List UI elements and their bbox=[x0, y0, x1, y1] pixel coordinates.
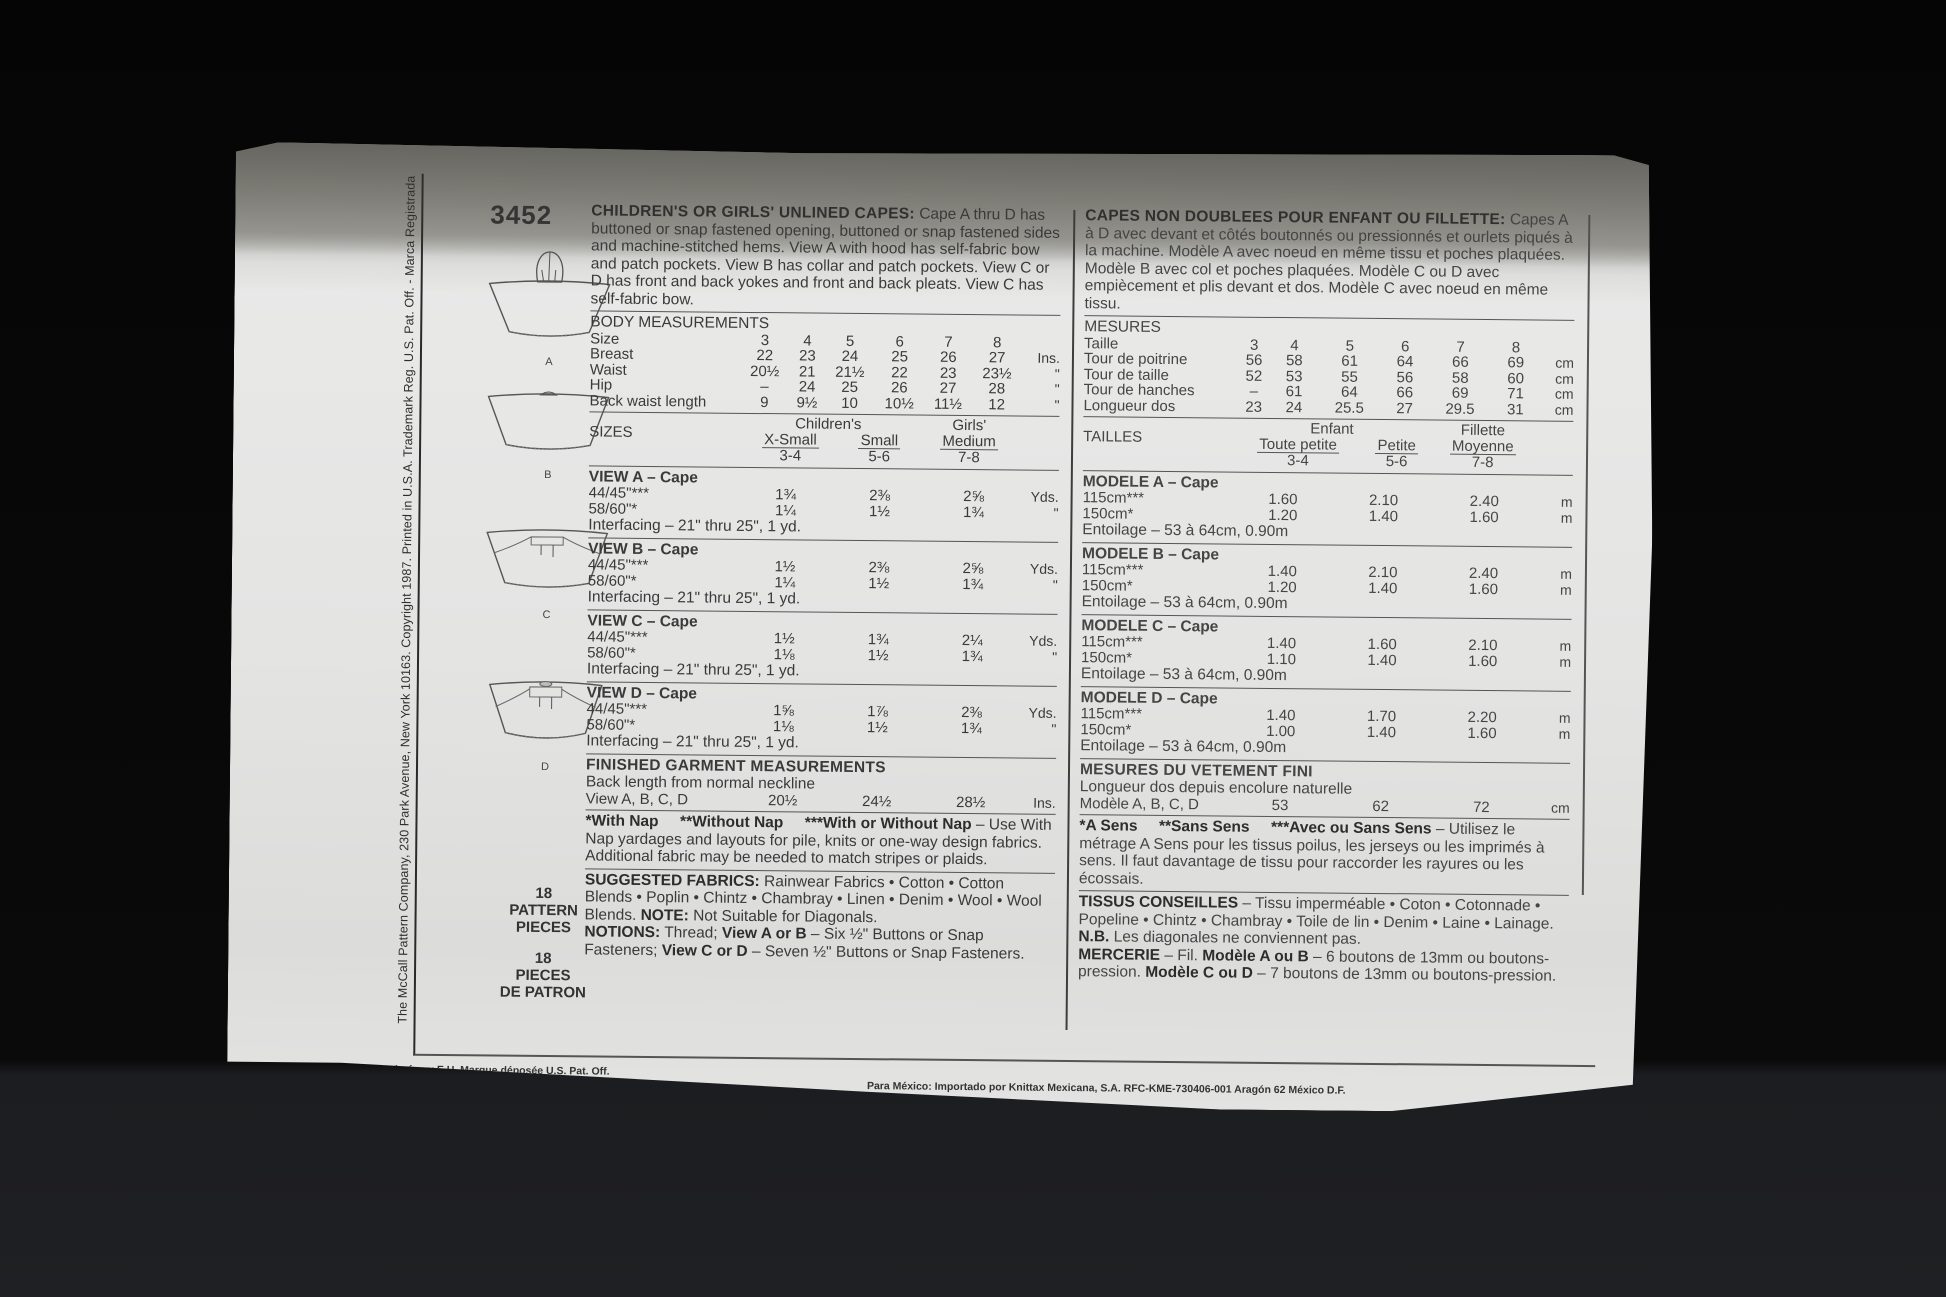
measurement-value: 22 bbox=[740, 348, 790, 364]
yardage-unit: Yds. bbox=[1021, 490, 1059, 506]
measurement-value: – bbox=[1234, 384, 1274, 400]
measurement-value: 53 bbox=[1274, 368, 1314, 384]
finished-value: 20½ bbox=[736, 792, 830, 808]
finished-row: View A, B, C, D20½24½28½Ins. bbox=[586, 791, 1056, 811]
finished-value: 53 bbox=[1230, 797, 1331, 813]
size-name: Medium bbox=[940, 433, 998, 450]
finished-measurements: FINISHED GARMENT MEASUREMENTSBack length… bbox=[586, 756, 1056, 811]
fabric-width: 58/60"* bbox=[588, 501, 738, 518]
french-column: CAPES NON DOUBLEES POUR ENFANT OU FILLET… bbox=[1078, 207, 1575, 985]
yardage-value: 2.10 bbox=[1432, 638, 1533, 654]
measurement-unit: " bbox=[1022, 366, 1060, 382]
fabric-width: 150cm* bbox=[1082, 506, 1232, 523]
yardage-value: 1.00 bbox=[1230, 723, 1331, 739]
yardage-unit: Yds. bbox=[1018, 706, 1056, 722]
finished-table: Modèle A, B, C, D536272cm bbox=[1080, 796, 1570, 816]
measurement-value: 61 bbox=[1314, 353, 1385, 369]
measurement-value: 61 bbox=[1274, 384, 1314, 400]
yardage-section: VIEW B – Cape44/45"***1½2⅜2⅝Yds.58/60"*1… bbox=[588, 540, 1059, 611]
yardage-unit: m bbox=[1532, 710, 1570, 726]
english-column: CHILDREN'S OR GIRLS' UNLINED CAPES: Cape… bbox=[584, 202, 1061, 962]
measurement-unit: cm bbox=[1535, 402, 1573, 418]
spacer bbox=[1535, 423, 1573, 439]
size-group-row: SIZESChildren'sGirls' bbox=[589, 414, 1059, 434]
yardage-value: 1½ bbox=[832, 575, 926, 591]
fabrics-heading: SUGGESTED FABRICS: bbox=[585, 871, 760, 890]
fabrics-note: Not Suitable for Diagonals. bbox=[689, 907, 878, 926]
yardage-value: 1¾ bbox=[739, 487, 833, 503]
notions-view-label: Modèle A ou B bbox=[1202, 947, 1309, 965]
footer-imprint-fr: Imprimé aux E.U. Marque déposée U.S. Pat… bbox=[372, 1063, 610, 1077]
measurement-value: 7 bbox=[925, 334, 973, 350]
measurement-value: 25 bbox=[825, 380, 875, 396]
nap-key: ***With or Without Nap bbox=[805, 814, 972, 833]
yardage-value: 2.10 bbox=[1333, 565, 1434, 581]
nap-note: *With Nap **Without Nap ***With or Witho… bbox=[585, 812, 1055, 869]
yardage-value: 1⅞ bbox=[830, 704, 924, 720]
size-name: Moyenne bbox=[1450, 438, 1516, 455]
measurement-label: Longueur dos bbox=[1083, 398, 1233, 415]
measurement-value: 5 bbox=[825, 333, 875, 349]
yardage-table: 115cm***1.401.602.10m150cm*1.101.401.60m bbox=[1081, 634, 1571, 670]
measurement-value: 66 bbox=[1425, 354, 1496, 370]
yardage-value: 1½ bbox=[831, 647, 925, 663]
size-name: Toute petite bbox=[1257, 436, 1339, 453]
yardage-value: 1.60 bbox=[1433, 581, 1534, 597]
notions-heading: MERCERIE bbox=[1078, 946, 1160, 964]
yardage-unit: " bbox=[1019, 649, 1057, 665]
size-range: 5-6 bbox=[1363, 454, 1431, 470]
yardage-value: 1.40 bbox=[1332, 652, 1433, 668]
sizes-label: TAILLES bbox=[1083, 419, 1233, 468]
yardage-value: 2.40 bbox=[1433, 566, 1534, 582]
yardage-value: 1.40 bbox=[1332, 580, 1433, 596]
measurement-value: 28 bbox=[972, 381, 1022, 397]
measurement-value: 22 bbox=[875, 365, 925, 381]
body-measurements-table: Taille345678Tour de poitrine565861646669… bbox=[1083, 336, 1574, 418]
finished-row: Modèle A, B, C, D536272cm bbox=[1080, 796, 1570, 816]
yardage-section: MODELE C – Cape115cm***1.401.602.10m150c… bbox=[1081, 617, 1572, 688]
measurement-value: 5 bbox=[1315, 338, 1386, 354]
measurement-value: 66 bbox=[1385, 385, 1425, 401]
measurement-value: 58 bbox=[1425, 370, 1496, 386]
yardage-value: 2.20 bbox=[1432, 710, 1533, 726]
size-name-cell: X-Small bbox=[739, 431, 842, 448]
nap-key: *With Nap bbox=[585, 812, 658, 830]
measurement-value: 3 bbox=[740, 332, 790, 348]
measurement-value: 21 bbox=[789, 364, 825, 380]
yardage-value: 1.60 bbox=[1332, 637, 1433, 653]
yardage-unit: m bbox=[1533, 638, 1571, 654]
size-name-cell: Petite bbox=[1363, 437, 1431, 454]
yardage-value: 1.40 bbox=[1230, 708, 1331, 724]
measurement-value: 64 bbox=[1314, 384, 1385, 400]
measurement-value: 56 bbox=[1234, 353, 1274, 369]
pattern-pieces-label: PIECES bbox=[448, 966, 638, 985]
yardage-unit: m bbox=[1535, 494, 1573, 510]
notions-text: – 7 boutons de 13mm ou boutons-pression. bbox=[1253, 965, 1556, 985]
yardage-table: 115cm***1.602.102.40m150cm*1.201.401.60m bbox=[1082, 490, 1572, 526]
yardage-table: 115cm***1.401.702.20m150cm*1.001.401.60m bbox=[1080, 706, 1570, 742]
yardage-value: 2⅜ bbox=[924, 705, 1018, 721]
yardage-value: 1¾ bbox=[926, 504, 1020, 520]
yardage-section: MODELE A – Cape115cm***1.602.102.40m150c… bbox=[1082, 473, 1573, 544]
finished-label: Modèle A, B, C, D bbox=[1080, 796, 1230, 813]
measurement-value: 6 bbox=[1385, 339, 1425, 355]
yardage-value: 2.10 bbox=[1333, 493, 1434, 509]
size-name: Petite bbox=[1375, 437, 1418, 454]
yardage-value: 1½ bbox=[830, 719, 924, 735]
measurement-value: – bbox=[740, 379, 790, 395]
yardage-section: VIEW D – Cape44/45"***1⅝1⅞2⅜Yds.58/60"*1… bbox=[586, 684, 1057, 755]
size-name-cell: Medium bbox=[917, 433, 1021, 450]
measurement-value: 60 bbox=[1495, 371, 1535, 387]
pattern-pieces-label: DE PATRON bbox=[448, 983, 638, 1002]
measurement-value: 23 bbox=[790, 348, 826, 364]
fabric-width: 150cm* bbox=[1082, 578, 1232, 595]
notions-view-label: View C or D bbox=[662, 942, 748, 960]
notions: NOTIONS: Thread; View A or B – Six ½" Bu… bbox=[584, 923, 1054, 963]
interfacing-note: Interfacing – 21" thru 25", 1 yd. bbox=[588, 588, 1058, 610]
fabrics-note-label: NOTE: bbox=[641, 906, 689, 923]
finished-unit: cm bbox=[1532, 800, 1570, 816]
fabric-width: 58/60"* bbox=[587, 645, 737, 662]
measurement-unit: cm bbox=[1536, 386, 1574, 402]
yardage-value: 1⅛ bbox=[736, 718, 830, 734]
yardage-value: 1⅛ bbox=[737, 646, 831, 662]
yardage-value: 1.40 bbox=[1232, 564, 1333, 580]
measurement-value: 10½ bbox=[874, 396, 924, 412]
measurement-unit: " bbox=[1022, 382, 1060, 398]
yardage-value: 1.40 bbox=[1331, 724, 1432, 740]
body-measurements-table: Size345678Breast222324252627Ins.Waist20½… bbox=[589, 331, 1060, 413]
yardage-value: 1¾ bbox=[926, 576, 1020, 592]
yardage-value: 1½ bbox=[832, 503, 926, 519]
yardage-unit: " bbox=[1020, 505, 1058, 521]
measurement-value: 10 bbox=[825, 395, 875, 411]
measurement-value: 52 bbox=[1234, 368, 1274, 384]
measurement-value: 8 bbox=[1496, 340, 1536, 356]
measurement-row: Longueur dos232425.52729.531cm bbox=[1083, 398, 1573, 418]
size-name-cell: Small bbox=[842, 432, 917, 449]
fabrics-note-label: N.B. bbox=[1078, 928, 1109, 945]
measurement-value: 64 bbox=[1385, 354, 1425, 370]
nap-key: **Sans Sens bbox=[1159, 818, 1250, 836]
measurement-value: 69 bbox=[1425, 385, 1496, 401]
yardage-unit: m bbox=[1534, 582, 1572, 598]
interfacing-note: Entoilage – 53 à 64cm, 0.90m bbox=[1082, 521, 1572, 543]
size-range: 5-6 bbox=[841, 449, 916, 465]
size-group-label: Girls' bbox=[917, 418, 1021, 434]
measurement-value: 21½ bbox=[825, 364, 875, 380]
measurement-value: 7 bbox=[1425, 339, 1496, 355]
yardage-value: 2⅜ bbox=[832, 560, 926, 576]
measurement-value: 9½ bbox=[789, 395, 825, 411]
yardage-value: 2⅝ bbox=[927, 489, 1021, 505]
measurement-value: 24 bbox=[1274, 399, 1314, 415]
interfacing-note: Entoilage – 53 à 64cm, 0.90m bbox=[1082, 593, 1572, 615]
measurement-value: 24 bbox=[825, 349, 875, 365]
yardage-value: 1.40 bbox=[1231, 636, 1332, 652]
yardage-value: 2.40 bbox=[1434, 494, 1535, 510]
measurement-value: 55 bbox=[1314, 369, 1385, 385]
yardage-value: 1¼ bbox=[738, 502, 832, 518]
finished-label: View A, B, C, D bbox=[586, 791, 736, 808]
measurement-value: 31 bbox=[1495, 402, 1535, 418]
measurement-value: 6 bbox=[875, 334, 925, 350]
measurement-value: 23 bbox=[924, 365, 972, 381]
fabric-width: 58/60"* bbox=[588, 573, 738, 590]
finished-value: 72 bbox=[1431, 799, 1532, 815]
description: CAPES NON DOUBLEES POUR ENFANT OU FILLET… bbox=[1084, 207, 1575, 317]
spacer bbox=[1535, 439, 1573, 456]
yardage-value: 1.10 bbox=[1231, 651, 1332, 667]
yardage-value: 1.40 bbox=[1333, 508, 1434, 524]
measurement-value: 20½ bbox=[740, 363, 790, 379]
measurement-value: 23½ bbox=[972, 366, 1022, 382]
finished-value: 62 bbox=[1330, 798, 1431, 814]
yardage-value: 1.70 bbox=[1331, 709, 1432, 725]
description: CHILDREN'S OR GIRLS' UNLINED CAPES: Cape… bbox=[590, 202, 1061, 312]
yardage-table: 44/45"***1⅝1⅞2⅜Yds.58/60"*1⅛1½1¾" bbox=[586, 701, 1056, 737]
spacer bbox=[1021, 419, 1059, 435]
measurement-value: 69 bbox=[1496, 355, 1536, 371]
sizes-header: TAILLESEnfantFilletteToute petitePetiteM… bbox=[1083, 419, 1573, 471]
yardage-unit: m bbox=[1534, 510, 1572, 526]
finished-value: 28½ bbox=[924, 794, 1018, 810]
yardage-unit: Yds. bbox=[1019, 634, 1057, 650]
measurement-row: Back waist length99½1010½11½12" bbox=[589, 393, 1059, 413]
measurement-value: 27 bbox=[924, 381, 972, 397]
measurement-unit: cm bbox=[1536, 355, 1574, 371]
yardage-value: 1.20 bbox=[1232, 579, 1333, 595]
notions-view-label: Modèle C ou D bbox=[1145, 964, 1253, 982]
notions-text: – Seven ½" Buttons or Snap Fasteners. bbox=[748, 942, 1025, 962]
interfacing-note: Entoilage – 53 à 64cm, 0.90m bbox=[1080, 737, 1570, 759]
footer-import-mx: Para México: Importado por Knittax Mexic… bbox=[867, 1080, 1346, 1097]
yardage-value: 1¾ bbox=[831, 632, 925, 648]
pattern-envelope-back: The McCall Pattern Company, 230 Park Ave… bbox=[227, 142, 1656, 1114]
suggested-fabrics: SUGGESTED FABRICS: Rainwear Fabrics • Co… bbox=[585, 871, 1055, 928]
measurement-label: Back waist length bbox=[589, 393, 739, 410]
yardage-table: 115cm***1.402.102.40m150cm*1.201.401.60m bbox=[1082, 562, 1572, 598]
yardage-section: VIEW C – Cape44/45"***1½1¾2¼Yds.58/60"*1… bbox=[587, 612, 1058, 683]
yardage-value: 1.20 bbox=[1232, 507, 1333, 523]
measurement-unit: Ins. bbox=[1022, 351, 1060, 367]
measurement-value: 71 bbox=[1495, 386, 1535, 402]
measurement-unit: " bbox=[1021, 397, 1059, 413]
fabric-width: 150cm* bbox=[1080, 722, 1230, 739]
yardage-unit: Yds. bbox=[1020, 562, 1058, 578]
nap-key: ***Avec ou Sans Sens bbox=[1271, 819, 1432, 838]
size-name-cell: Toute petite bbox=[1233, 436, 1363, 454]
measurement-value: 3 bbox=[1234, 337, 1274, 353]
nap-key: **Without Nap bbox=[680, 813, 783, 831]
measurement-value: 27 bbox=[1384, 401, 1424, 417]
yardage-value: 1.60 bbox=[1432, 725, 1533, 741]
yardage-value: 1.60 bbox=[1233, 492, 1334, 508]
notions: MERCERIE – Fil. Modèle A ou B – 6 bouton… bbox=[1078, 946, 1568, 986]
measurement-value: 9 bbox=[739, 394, 789, 410]
spacer bbox=[1021, 434, 1059, 451]
yardage-value: 1.60 bbox=[1432, 653, 1533, 669]
measurement-value: 25.5 bbox=[1314, 400, 1385, 416]
measurement-value: 58 bbox=[1274, 353, 1314, 369]
size-range: 3-4 bbox=[739, 448, 842, 464]
yardage-table: 44/45"***1½2⅜2⅝Yds.58/60"*1¼1½1¾" bbox=[588, 557, 1058, 593]
yardage-table: 44/45"***1¾2⅜2⅝Yds.58/60"*1¼1½1¾" bbox=[588, 485, 1058, 521]
measurement-value: 26 bbox=[874, 380, 924, 396]
yardage-unit: m bbox=[1532, 726, 1570, 742]
sizes-header: SIZESChildren'sGirls'X-SmallSmallMedium3… bbox=[589, 414, 1059, 466]
yardage-value: 1⅝ bbox=[736, 703, 830, 719]
yardage-unit: m bbox=[1533, 654, 1571, 670]
finished-table: View A, B, C, D20½24½28½Ins. bbox=[586, 791, 1056, 811]
size-name-cell: Moyenne bbox=[1430, 438, 1535, 456]
yardage-value: 1.60 bbox=[1434, 509, 1535, 525]
finished-measurements: MESURES DU VETEMENT FINILongueur dos dep… bbox=[1080, 761, 1570, 816]
yardage-unit: " bbox=[1020, 577, 1058, 593]
yardage-value: 1½ bbox=[737, 631, 831, 647]
nap-note: *A Sens **Sans Sens ***Avec ou Sans Sens… bbox=[1079, 817, 1570, 892]
spacer bbox=[1021, 451, 1059, 467]
notions-view-label: View A or B bbox=[722, 925, 807, 943]
yardage-value: 1¼ bbox=[738, 574, 832, 590]
nap-key: *A Sens bbox=[1079, 817, 1137, 835]
interfacing-note: Interfacing – 21" thru 25", 1 yd. bbox=[586, 732, 1056, 754]
measurement-value: 23 bbox=[1233, 399, 1273, 415]
measurement-value: 25 bbox=[875, 349, 925, 365]
size-name: Small bbox=[859, 432, 901, 449]
fabrics-note: Les diagonales ne conviennent pas. bbox=[1109, 928, 1361, 947]
measurement-value: 56 bbox=[1385, 370, 1425, 386]
measurement-unit bbox=[1536, 340, 1574, 356]
measurement-value: 4 bbox=[1274, 337, 1314, 353]
interfacing-note: Interfacing – 21" thru 25", 1 yd. bbox=[588, 516, 1058, 538]
suggested-fabrics: TISSUS CONSEILLES – Tissu imperméable • … bbox=[1078, 893, 1568, 950]
interfacing-note: Interfacing – 21" thru 25", 1 yd. bbox=[587, 660, 1057, 682]
notions-heading: NOTIONS: bbox=[584, 923, 660, 941]
fabric-width: 58/60"* bbox=[586, 717, 736, 734]
size-range: 7-8 bbox=[917, 450, 1021, 466]
yardage-value: 1¾ bbox=[924, 720, 1018, 736]
measurement-value: 29.5 bbox=[1425, 401, 1496, 417]
yardage-value: 2¼ bbox=[925, 633, 1019, 649]
measurement-value: 12 bbox=[972, 397, 1022, 413]
yardage-value: 1¾ bbox=[925, 648, 1019, 664]
measurement-unit: cm bbox=[1536, 371, 1574, 387]
size-range: 3-4 bbox=[1233, 453, 1363, 470]
size-name: X-Small bbox=[762, 432, 819, 449]
yardage-unit: " bbox=[1018, 721, 1056, 737]
sizes-label: SIZES bbox=[589, 414, 739, 463]
spacer bbox=[1535, 455, 1573, 471]
yardage-value: 2⅜ bbox=[833, 488, 927, 504]
yardage-section: MODELE D – Cape115cm***1.401.702.20m150c… bbox=[1080, 689, 1571, 760]
pattern-number: 3452 bbox=[490, 199, 552, 231]
measurement-value: 4 bbox=[790, 333, 826, 349]
yardage-value: 2⅝ bbox=[926, 561, 1020, 577]
measurement-value: 26 bbox=[924, 350, 972, 366]
measurement-value: 8 bbox=[972, 335, 1022, 351]
finished-value: 24½ bbox=[830, 793, 924, 809]
yardage-unit: m bbox=[1534, 566, 1572, 582]
notions-text: Thread; bbox=[660, 924, 722, 942]
measurement-value: 27 bbox=[972, 350, 1022, 366]
size-group-label: Fillette bbox=[1431, 422, 1536, 439]
size-range: 7-8 bbox=[1430, 454, 1535, 471]
measurement-unit bbox=[1022, 335, 1060, 351]
measurement-value: 24 bbox=[789, 379, 825, 395]
yardage-section: VIEW A – Cape44/45"***1¾2⅜2⅝Yds.58/60"*1… bbox=[588, 468, 1059, 539]
yardage-value: 1½ bbox=[738, 559, 832, 575]
interfacing-note: Entoilage – 53 à 64cm, 0.90m bbox=[1081, 665, 1571, 687]
finished-unit: Ins. bbox=[1018, 795, 1056, 811]
fabrics-heading: TISSUS CONSEILLES bbox=[1079, 893, 1238, 912]
yardage-table: 44/45"***1½1¾2¼Yds.58/60"*1⅛1½1¾" bbox=[587, 629, 1057, 665]
measurement-value: 11½ bbox=[924, 396, 972, 412]
yardage-section: MODELE B – Cape115cm***1.402.102.40m150c… bbox=[1082, 545, 1573, 616]
notions-text: – Fil. bbox=[1160, 946, 1202, 963]
fabric-width: 150cm* bbox=[1081, 650, 1231, 667]
